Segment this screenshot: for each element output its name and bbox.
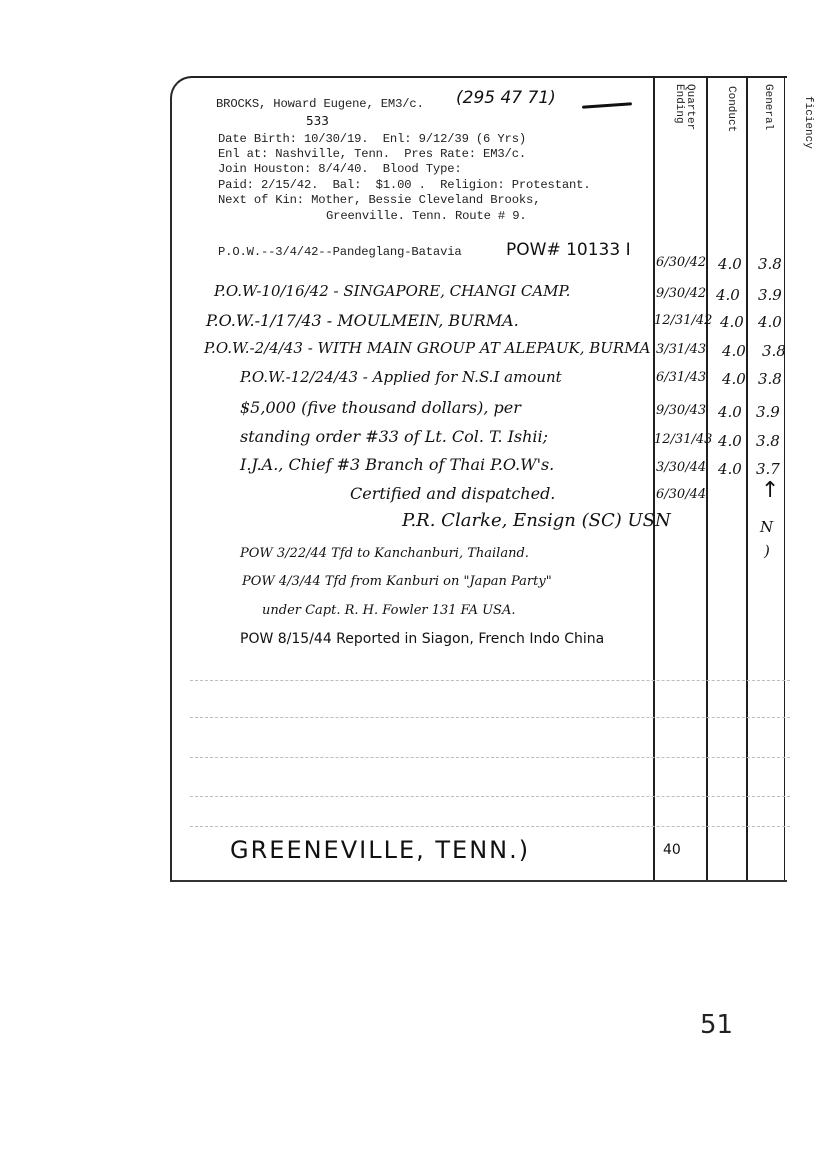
- quarter-cell: 6/30/42: [656, 255, 706, 270]
- service-number: (295 47 71): [456, 88, 556, 108]
- column-header-conduct: Conduct: [725, 86, 736, 132]
- conduct-cell: 4.0: [718, 460, 742, 478]
- general-cell: 3.9: [758, 286, 782, 304]
- next-of-kin-line: Next of Kin: Mother, Bessie Cleveland Br…: [218, 194, 540, 207]
- quarter-cell: 6/31/43: [656, 370, 706, 385]
- pow-entry-kanchanburi: POW 3/22/44 Tfd to Kanchanburi, Thailand…: [240, 546, 529, 561]
- signature: P.R. Clarke, Ensign (SC) USN: [402, 510, 671, 531]
- n-mark: N: [760, 518, 773, 536]
- conduct-cell: 4.0: [718, 432, 742, 450]
- join-line: Join Houston: 8/4/40. Blood Type:: [218, 163, 462, 176]
- pow-entry-fowler: under Capt. R. H. Fowler 131 FA USA.: [262, 603, 515, 618]
- column-header-proficiency: ficiency: [802, 96, 813, 149]
- quarter-cell: 12/31/43: [654, 432, 712, 447]
- quarter-cell: 9/30/42: [656, 286, 706, 301]
- ruled-line: [190, 717, 790, 718]
- pow-entry-japan-party: POW 4/3/44 Tfd from Kanburi on "Japan Pa…: [242, 574, 552, 589]
- pow-entry-alepauk: P.O.W.-2/4/43 - WITH MAIN GROUP AT ALEPA…: [204, 339, 650, 357]
- footer-mark: 40: [663, 842, 681, 858]
- quarter-cell: 9/30/43: [656, 403, 706, 418]
- general-cell: 3.8: [758, 370, 782, 388]
- code-annotation: 533: [306, 114, 329, 128]
- column-header-quarter-ending: Quarter Ending: [673, 84, 695, 130]
- nsi-line-4: I.J.A., Chief #3 Branch of Thai P.O.W's.: [240, 455, 554, 474]
- conduct-cell: 4.0: [720, 313, 744, 331]
- quarter-cell: 3/30/44: [656, 460, 706, 475]
- general-cell: 3.8: [758, 255, 782, 273]
- conduct-cell: 4.0: [718, 255, 742, 273]
- conduct-cell: 4.0: [722, 370, 746, 388]
- general-cell: 3.9: [756, 403, 780, 421]
- column-divider: [746, 76, 748, 880]
- general-cell: 3.8: [756, 432, 780, 450]
- general-cell: 4.0: [758, 313, 782, 331]
- typed-pow-entry: P.O.W.--3/4/42--Pandeglang-Batavia: [218, 246, 462, 259]
- conduct-cell: 4.0: [716, 286, 740, 304]
- paren-mark: ): [764, 542, 770, 560]
- footer-town: GREENEVILLE, TENN.): [230, 836, 530, 864]
- general-cell: 3.8: [762, 342, 786, 360]
- nsi-line-2: $5,000 (five thousand dollars), per: [240, 398, 521, 417]
- quarter-cell: 3/31/43: [656, 342, 706, 357]
- nsi-line-3: standing order #33 of Lt. Col. T. Ishii;: [240, 427, 548, 446]
- birth-enlist-line: Date Birth: 10/30/19. Enl: 9/12/39 (6 Yr…: [218, 133, 526, 146]
- pow-number: POW# 10133 I: [506, 240, 631, 260]
- pow-entry-saigon: POW 8/15/44 Reported in Siagon, French I…: [240, 631, 604, 647]
- ruled-line: [190, 757, 790, 758]
- conduct-cell: 4.0: [718, 403, 742, 421]
- column-divider: [784, 76, 785, 880]
- ruled-line: [190, 796, 790, 797]
- enlisted-at-line: Enl at: Nashville, Tenn. Pres Rate: EM3/…: [218, 148, 526, 161]
- quarter-cell: 6/30/44: [656, 487, 706, 502]
- conduct-cell: 4.0: [722, 342, 746, 360]
- general-cell: 3.7: [756, 460, 780, 478]
- paid-line: Paid: 2/15/42. Bal: $1.00 . Religion: Pr…: [218, 179, 591, 192]
- column-divider: [653, 76, 655, 880]
- quarter-cell: 12/31/42: [654, 313, 712, 328]
- pow-entry-moulmein: P.O.W.-1/17/43 - MOULMEIN, BURMA.: [206, 311, 519, 330]
- column-header-general: General: [762, 84, 773, 130]
- ruled-line: [190, 680, 790, 681]
- nsi-line-1: P.O.W.-12/24/43 - Applied for N.S.I amou…: [240, 368, 562, 386]
- name-line: BROCKS, Howard Eugene, EM3/c.: [216, 98, 424, 111]
- nsi-line-5: Certified and dispatched.: [350, 484, 555, 503]
- ruled-line: [190, 826, 790, 827]
- next-of-kin-address: Greenville. Tenn. Route # 9.: [326, 210, 527, 223]
- column-divider: [706, 76, 708, 880]
- page-number: 51: [700, 1010, 733, 1040]
- pow-entry-singapore: P.O.W-10/16/42 - SINGAPORE, CHANGI CAMP.: [214, 282, 570, 300]
- arrow-mark: ↑: [761, 478, 779, 503]
